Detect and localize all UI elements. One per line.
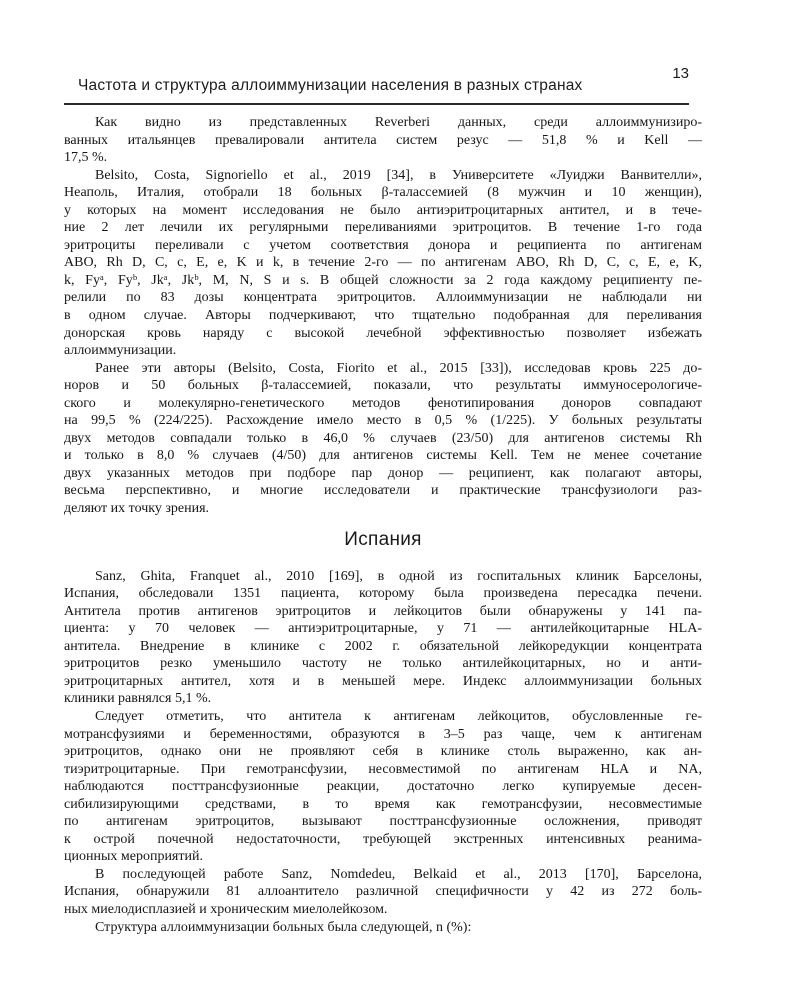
text-line: релили по 83 дозы концентрата эритроцито… [64, 289, 702, 307]
page-number: 13 [672, 65, 689, 82]
text-line: ние 2 лет лечили их регулярными перелива… [64, 219, 702, 237]
page-header: Частота и структура аллоиммунизации насе… [64, 72, 689, 105]
text-line: аллоиммунизации. [64, 342, 702, 360]
paragraph: Как видно из представленных Reverberi да… [64, 114, 702, 167]
text-line: в одном случае. Авторы подчеркивают, что… [64, 307, 702, 325]
text-line: к острой почечной недостаточности, требу… [64, 831, 702, 849]
text-line: k, Fyᵃ, Fyᵇ, Jkᵃ, Jkᵇ, M, N, S и s. В об… [64, 272, 702, 290]
text-line: циента: у 70 человек — антиэритроцитарны… [64, 620, 702, 638]
text-line: двух указанных методов при подборе пар д… [64, 465, 702, 483]
text-line: двух методов совпадали только в 46,0 % с… [64, 430, 702, 448]
text-line: на 99,5 % (224/225). Расхождение имело м… [64, 412, 702, 430]
paragraph: Sanz, Ghita, Franquet al., 2010 [169], в… [64, 568, 702, 708]
body-text: Как видно из представленных Reverberi да… [64, 114, 702, 936]
text-line: эритроцитарных антител, хотя и в меньшей… [64, 673, 702, 691]
text-line: Испания, обследовали 1351 пациента, кото… [64, 585, 702, 603]
text-line: ского и молекулярно-генетического методо… [64, 395, 702, 413]
text-line: норов и 50 больных β-талассемией, показа… [64, 377, 702, 395]
document-page: Частота и структура аллоиммунизации насе… [0, 0, 800, 1000]
text-line: ABO, Rh D, C, c, E, e, K и k, в течение … [64, 254, 702, 272]
text-line: сибилизирующими средствами, в то время к… [64, 796, 702, 814]
text-line: у которых на момент исследования не было… [64, 202, 702, 220]
text-line: эритроцитов, однако они не проявляют себ… [64, 743, 702, 761]
paragraph: В последующей работе Sanz, Nomdedeu, Bel… [64, 866, 702, 919]
text-line: Следует отметить, что антитела к антиген… [64, 708, 702, 726]
text-line: В последующей работе Sanz, Nomdedeu, Bel… [64, 866, 702, 884]
text-line: эритроциты переливали с учетом соответст… [64, 237, 702, 255]
text-line: Как видно из представленных Reverberi да… [64, 114, 702, 132]
text-line: Ранее эти авторы (Belsito, Costa, Fiorit… [64, 360, 702, 378]
paragraph: Следует отметить, что антитела к антиген… [64, 708, 702, 866]
text-line: ванных итальянцев превалировали антитела… [64, 132, 702, 150]
text-line: наблюдаются посттрансфузионные реакции, … [64, 778, 702, 796]
text-line: донорская кровь наряду с высокой лечебно… [64, 325, 702, 343]
text-line: по антигенам эритроцитов, вызывают постт… [64, 813, 702, 831]
running-title: Частота и структура аллоиммунизации насе… [78, 77, 582, 95]
paragraph: Ранее эти авторы (Belsito, Costa, Fiorit… [64, 360, 702, 518]
text-line: деляют их точку зрения. [64, 500, 702, 518]
text-line: Антитела против антигенов эритроцитов и … [64, 603, 702, 621]
text-line: ных миелодисплазией и хроническим миелол… [64, 901, 702, 919]
text-line: Неаполь, Италия, отобрали 18 больных β-т… [64, 184, 702, 202]
text-line: тиэритроцитарные. При гемотрансфузии, не… [64, 761, 702, 779]
text-line: клиники равнялся 5,1 %. [64, 690, 702, 708]
text-line: весьма перспективно, и многие исследоват… [64, 482, 702, 500]
text-line: ционных мероприятий. [64, 848, 702, 866]
paragraph: Belsito, Costa, Signoriello et al., 2019… [64, 167, 702, 360]
text-line: антитела. Внедрение в клинике с 2002 г. … [64, 638, 702, 656]
text-line: Структура аллоиммунизации больных была с… [64, 919, 702, 937]
text-line: 17,5 %. [64, 149, 702, 167]
text-line: Belsito, Costa, Signoriello et al., 2019… [64, 167, 702, 185]
text-line: Sanz, Ghita, Franquet al., 2010 [169], в… [64, 568, 702, 586]
text-line: мотрансфузиями и беременностями, образую… [64, 726, 702, 744]
text-line: Испания, обнаружили 81 аллоантитело разл… [64, 883, 702, 901]
section-heading: Испания [64, 529, 702, 551]
text-line: и только в 8,0 % случаев (4/50) для анти… [64, 447, 702, 465]
paragraph: Структура аллоиммунизации больных была с… [64, 919, 702, 937]
text-line: эритроцитов резко уменьшило частоту не т… [64, 655, 702, 673]
